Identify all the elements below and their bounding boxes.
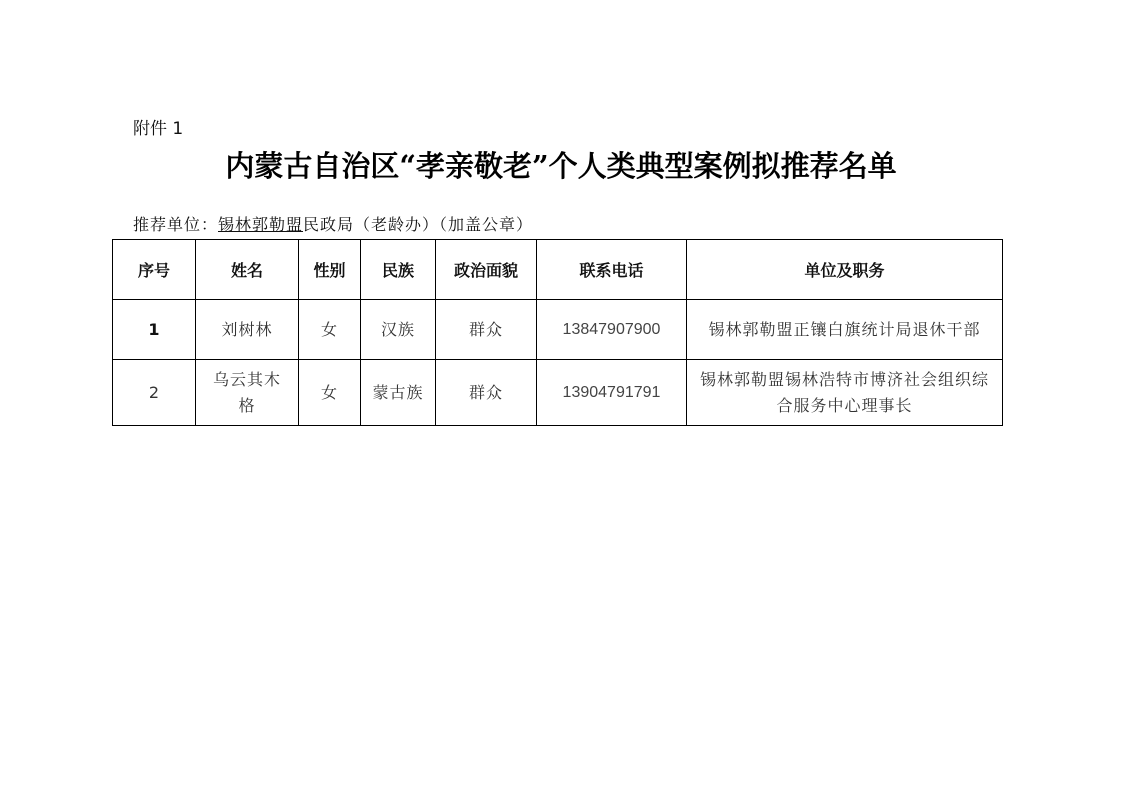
unit-rest: 民政局（老龄办）（加盖公章） bbox=[303, 215, 533, 234]
header-unit-position: 单位及职务 bbox=[687, 240, 1003, 300]
table-row: 2 乌云其木格 女 蒙古族 群众 13904791791 锡林郭勒盟锡林浩特市博… bbox=[113, 360, 1003, 426]
cell-ethnicity: 蒙古族 bbox=[361, 360, 436, 426]
header-political-status: 政治面貌 bbox=[436, 240, 537, 300]
header-index: 序号 bbox=[113, 240, 196, 300]
recommending-unit-line: 推荐单位：锡林郭勒盟民政局（老龄办）（加盖公章） bbox=[133, 212, 533, 235]
cell-political-status: 群众 bbox=[436, 360, 537, 426]
table-header-row: 序号 姓名 性别 民族 政治面貌 联系电话 单位及职务 bbox=[113, 240, 1003, 300]
unit-prefix: 推荐单位： bbox=[133, 215, 218, 234]
document-title: 内蒙古自治区“孝亲敬老”个人类典型案例拟推荐名单 bbox=[0, 144, 1122, 185]
header-ethnicity: 民族 bbox=[361, 240, 436, 300]
cell-ethnicity: 汉族 bbox=[361, 300, 436, 360]
header-name: 姓名 bbox=[196, 240, 299, 300]
cell-gender: 女 bbox=[299, 300, 361, 360]
cell-name: 乌云其木格 bbox=[196, 360, 299, 426]
table-row: 1 刘树林 女 汉族 群众 13847907900 锡林郭勒盟正镶白旗统计局退休… bbox=[113, 300, 1003, 360]
cell-unit-position: 锡林郭勒盟锡林浩特市博济社会组织综合服务中心理事长 bbox=[687, 360, 1003, 426]
cell-political-status: 群众 bbox=[436, 300, 537, 360]
cell-index: 2 bbox=[113, 360, 196, 426]
cell-index: 1 bbox=[113, 300, 196, 360]
recommendation-table: 序号 姓名 性别 民族 政治面貌 联系电话 单位及职务 1 刘树林 女 汉族 群… bbox=[112, 239, 1003, 426]
cell-phone: 13904791791 bbox=[537, 360, 687, 426]
cell-phone: 13847907900 bbox=[537, 300, 687, 360]
attachment-label: 附件 1 bbox=[133, 114, 183, 139]
header-gender: 性别 bbox=[299, 240, 361, 300]
header-phone: 联系电话 bbox=[537, 240, 687, 300]
cell-unit-position: 锡林郭勒盟正镶白旗统计局退休干部 bbox=[687, 300, 1003, 360]
cell-name: 刘树林 bbox=[196, 300, 299, 360]
cell-gender: 女 bbox=[299, 360, 361, 426]
unit-underlined-name: 锡林郭勒盟 bbox=[218, 215, 303, 234]
